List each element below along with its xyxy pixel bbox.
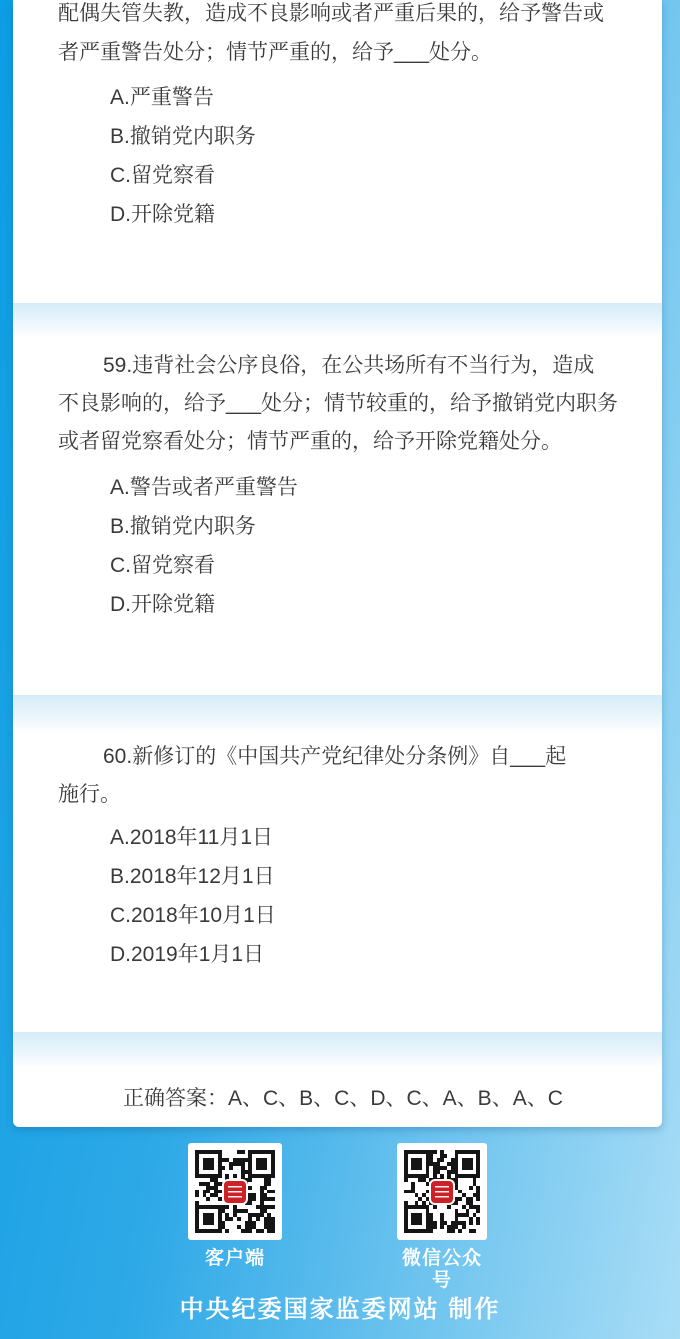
option-item: C.留党察看: [110, 546, 298, 585]
option-item: B.撤销党内职务: [110, 117, 256, 156]
section-divider: [13, 303, 662, 337]
qr-label-client: 客户端: [188, 1248, 282, 1270]
question-stem-line: 60.新修订的《中国共产党纪律处分条例》自___起: [58, 738, 566, 776]
correct-answers-text: 正确答案：A、C、B、C、D、C、A、B、A、C: [123, 1079, 563, 1118]
option-item: D.开除党籍: [110, 585, 298, 624]
option-item: C.2018年10月1日: [110, 896, 276, 935]
qr-label-wechat: 微信公众号: [397, 1248, 487, 1292]
option-item: B.撤销党内职务: [110, 507, 298, 546]
option-item: D.2019年1月1日: [110, 935, 276, 974]
question-stem: 60.新修订的《中国共产党纪律处分条例》自___起 施行。: [58, 738, 566, 814]
qr-center-logo: [431, 1181, 453, 1203]
question-stem-line: 或者留党察看处分；情节严重的，给予开除党籍处分。: [58, 423, 618, 461]
option-item: A.警告或者严重警告: [110, 468, 298, 507]
option-item: A.2018年11月1日: [110, 818, 276, 857]
footer-credit: 中央纪委国家监委网站 制作: [0, 1296, 680, 1324]
question-stem-line: 施行。: [58, 776, 566, 814]
section-divider: [13, 695, 662, 733]
option-item: A.严重警告: [110, 78, 256, 117]
section-divider: [13, 1032, 662, 1068]
options-list: A.警告或者严重警告 B.撤销党内职务 C.留党察看 D.开除党籍: [110, 468, 298, 624]
question-stem: 59.违背社会公序良俗，在公共场所有不当行为，造成 不良影响的，给予___处分；…: [58, 347, 618, 461]
qr-center-logo: [224, 1181, 246, 1203]
qr-code-wechat: [397, 1143, 487, 1240]
question-stem-line: 不良影响的，给予___处分；情节较重的，给予撤销党内职务: [58, 385, 618, 423]
options-list: A.2018年11月1日 B.2018年12月1日 C.2018年10月1日 D…: [110, 818, 276, 974]
qr-logo-text-lines: [435, 1186, 449, 1198]
question-stem-line: 者严重警告处分；情节严重的，给予___处分。: [58, 33, 604, 72]
question-stem-line: 59.违背社会公序良俗，在公共场所有不当行为，造成: [58, 347, 618, 385]
option-item: B.2018年12月1日: [110, 857, 276, 896]
options-list: A.严重警告 B.撤销党内职务 C.留党察看 D.开除党籍: [110, 78, 256, 234]
option-item: C.留党察看: [110, 156, 256, 195]
qr-code-client: [188, 1143, 282, 1240]
content-card: 配偶失管失教，造成不良影响或者严重后果的，给予警告或 者严重警告处分；情节严重的…: [13, 0, 662, 1127]
qr-logo-text-lines: [228, 1186, 242, 1198]
question-stem: 配偶失管失教，造成不良影响或者严重后果的，给予警告或 者严重警告处分；情节严重的…: [58, 0, 604, 72]
option-item: D.开除党籍: [110, 195, 256, 234]
page-background: { "theme": { "bg-left": "#0c9de4", "bg-m…: [0, 0, 680, 1339]
question-stem-line: 配偶失管失教，造成不良影响或者严重后果的，给予警告或: [58, 0, 604, 33]
